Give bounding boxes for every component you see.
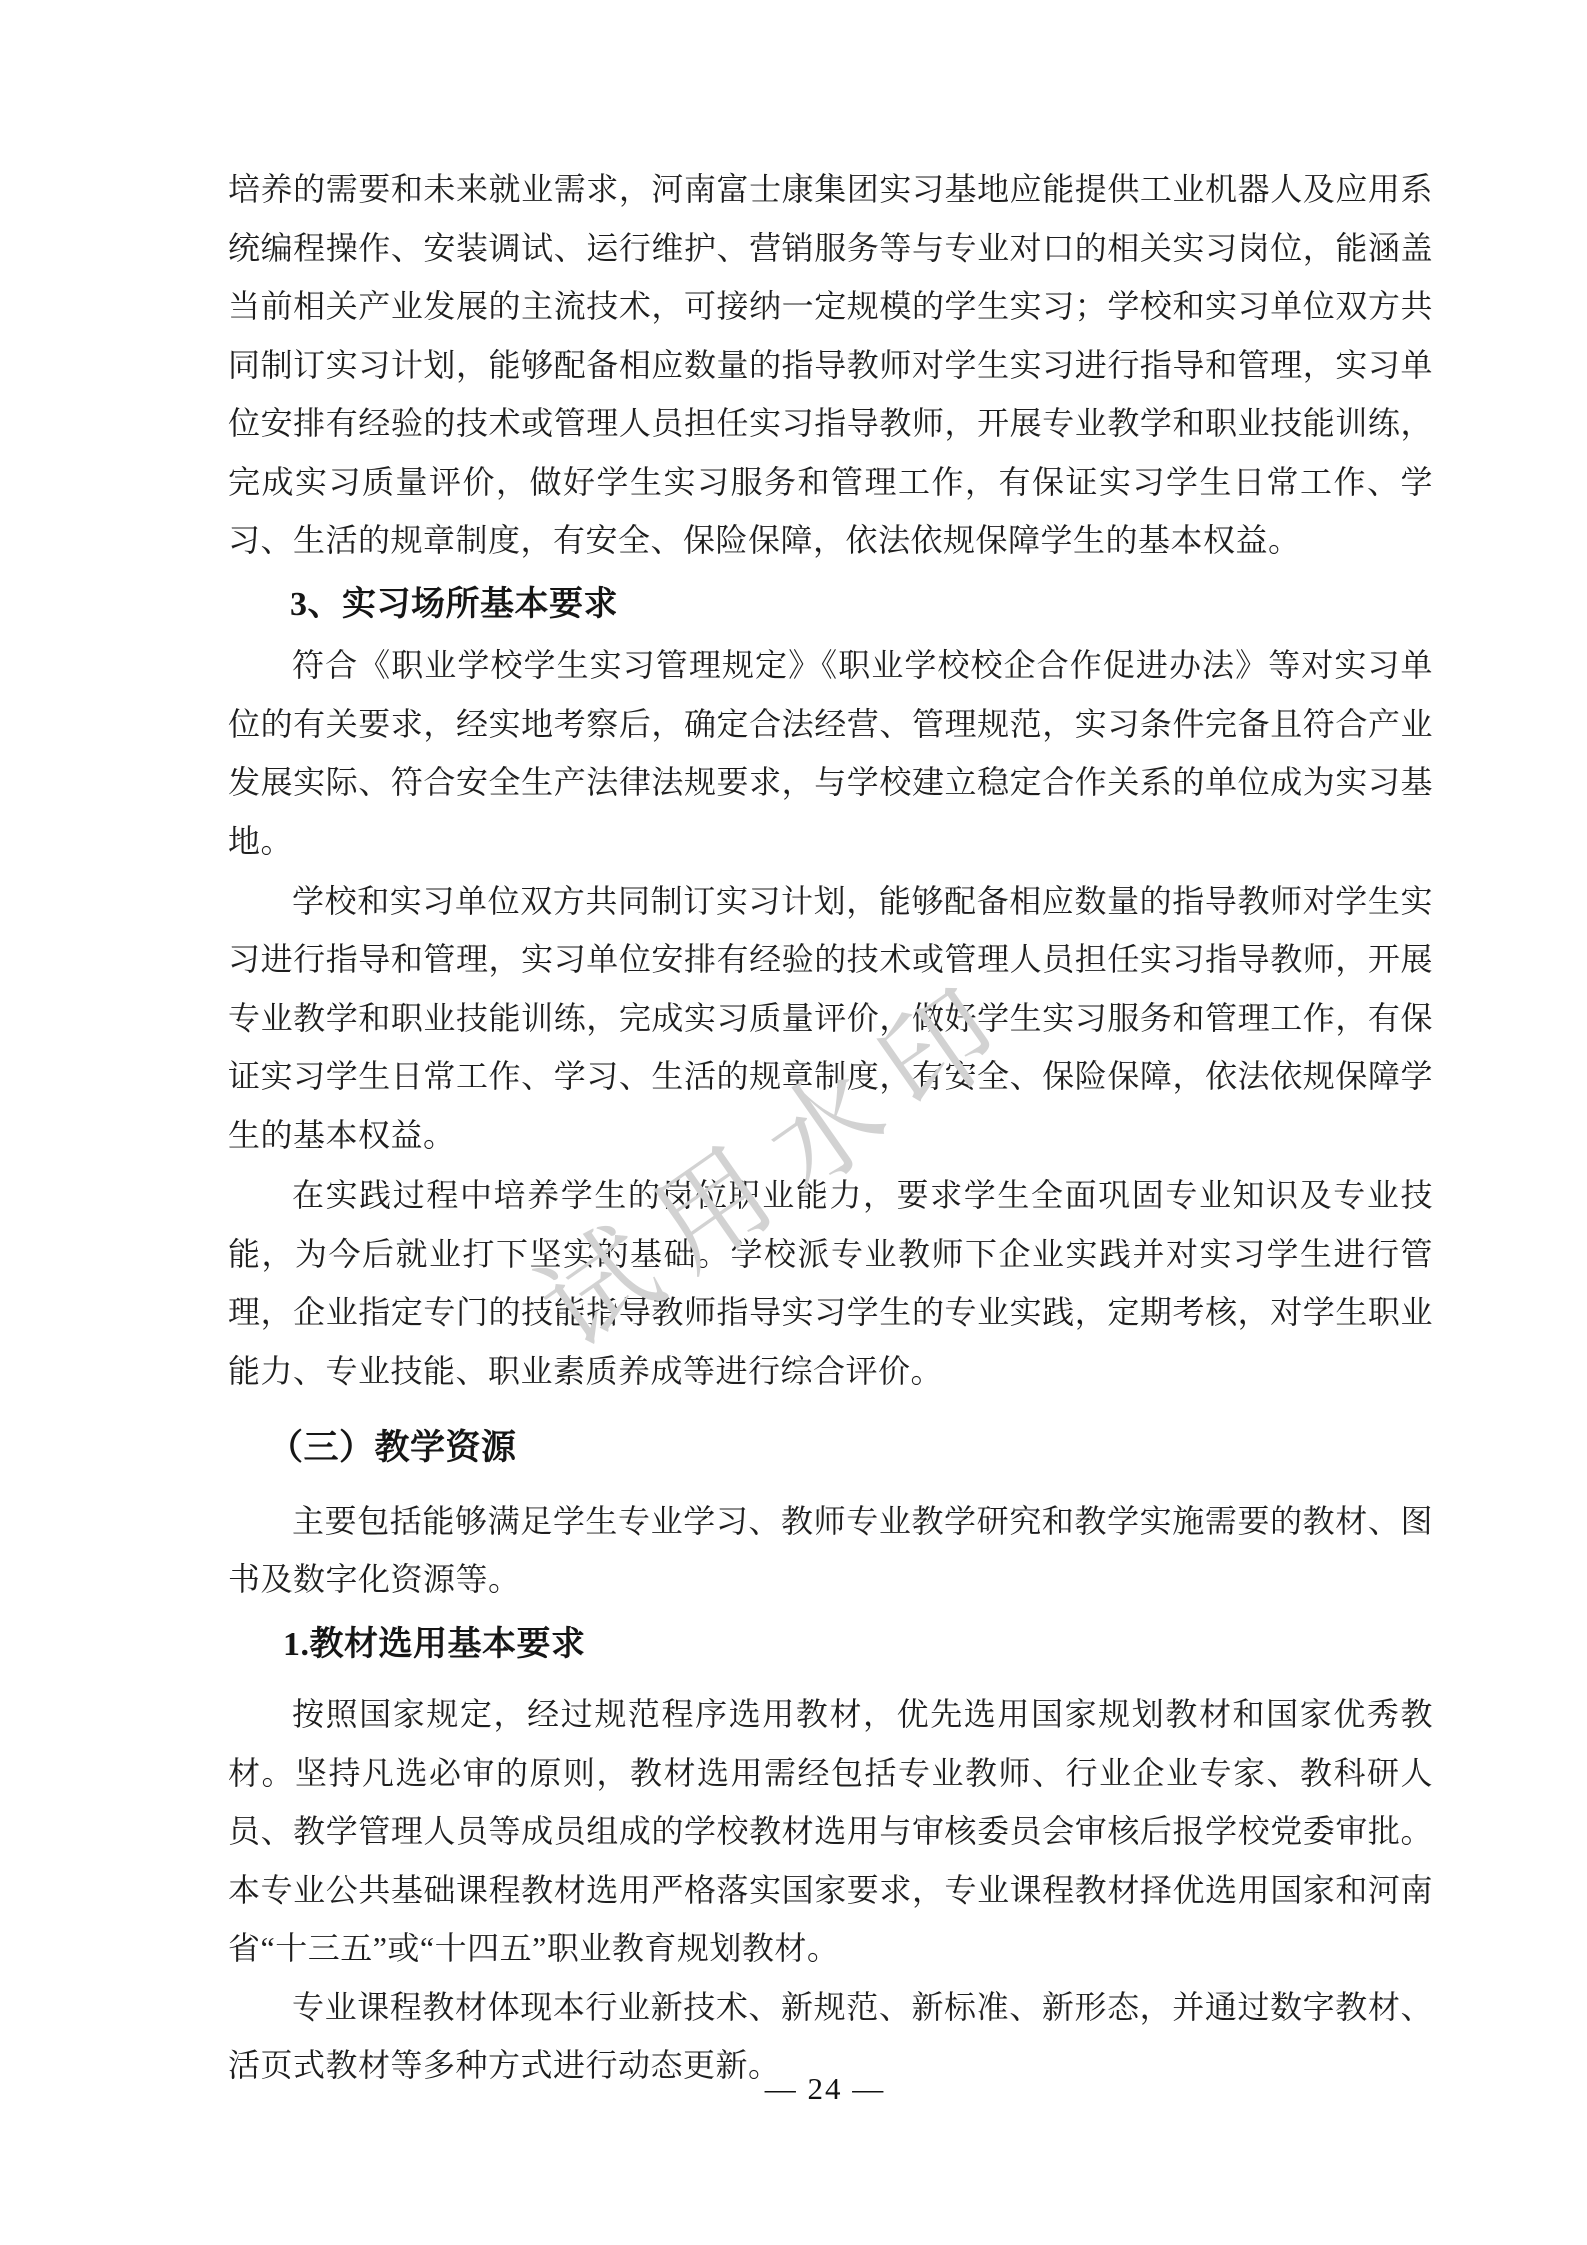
document-page: 培养的需要和未来就业需求，河南富士康集团实习基地应能提供工业机器人及应用系统编程… — [0, 0, 1587, 2245]
paragraph-resources-overview: 主要包括能够满足学生专业学习、教师专业教学研究和教学实施需要的教材、图书及数字化… — [228, 1492, 1433, 1609]
paragraph-textbook-selection: 按照国家规定，经过规范程序选用教材，优先选用国家规划教材和国家优秀教材。坚持凡选… — [228, 1685, 1433, 1978]
section-heading-textbook-selection: 1.教材选用基本要求 — [228, 1616, 1433, 1675]
page-number: — 24 — — [765, 2072, 886, 2106]
section-heading-teaching-resources: （三）教学资源 — [228, 1419, 1433, 1478]
paragraph-practice-training: 在实践过程中培养学生的岗位职业能力，要求学生全面巩固专业知识及专业技能，为今后就… — [228, 1166, 1433, 1400]
section-heading-internship-site: 3、实习场所基本要求 — [228, 576, 1433, 635]
page-body: 培养的需要和未来就业需求，河南富士康集团实习基地应能提供工业机器人及应用系统编程… — [228, 160, 1433, 2095]
paragraph-continuation: 培养的需要和未来就业需求，河南富士康集团实习基地应能提供工业机器人及应用系统编程… — [228, 160, 1433, 570]
paragraph-site-requirements: 符合《职业学校学生实习管理规定》《职业学校校企合作促进办法》等对实习单位的有关要… — [228, 636, 1433, 870]
paragraph-joint-plan: 学校和实习单位双方共同制订实习计划，能够配备相应数量的指导教师对学生实习进行指导… — [228, 872, 1433, 1165]
